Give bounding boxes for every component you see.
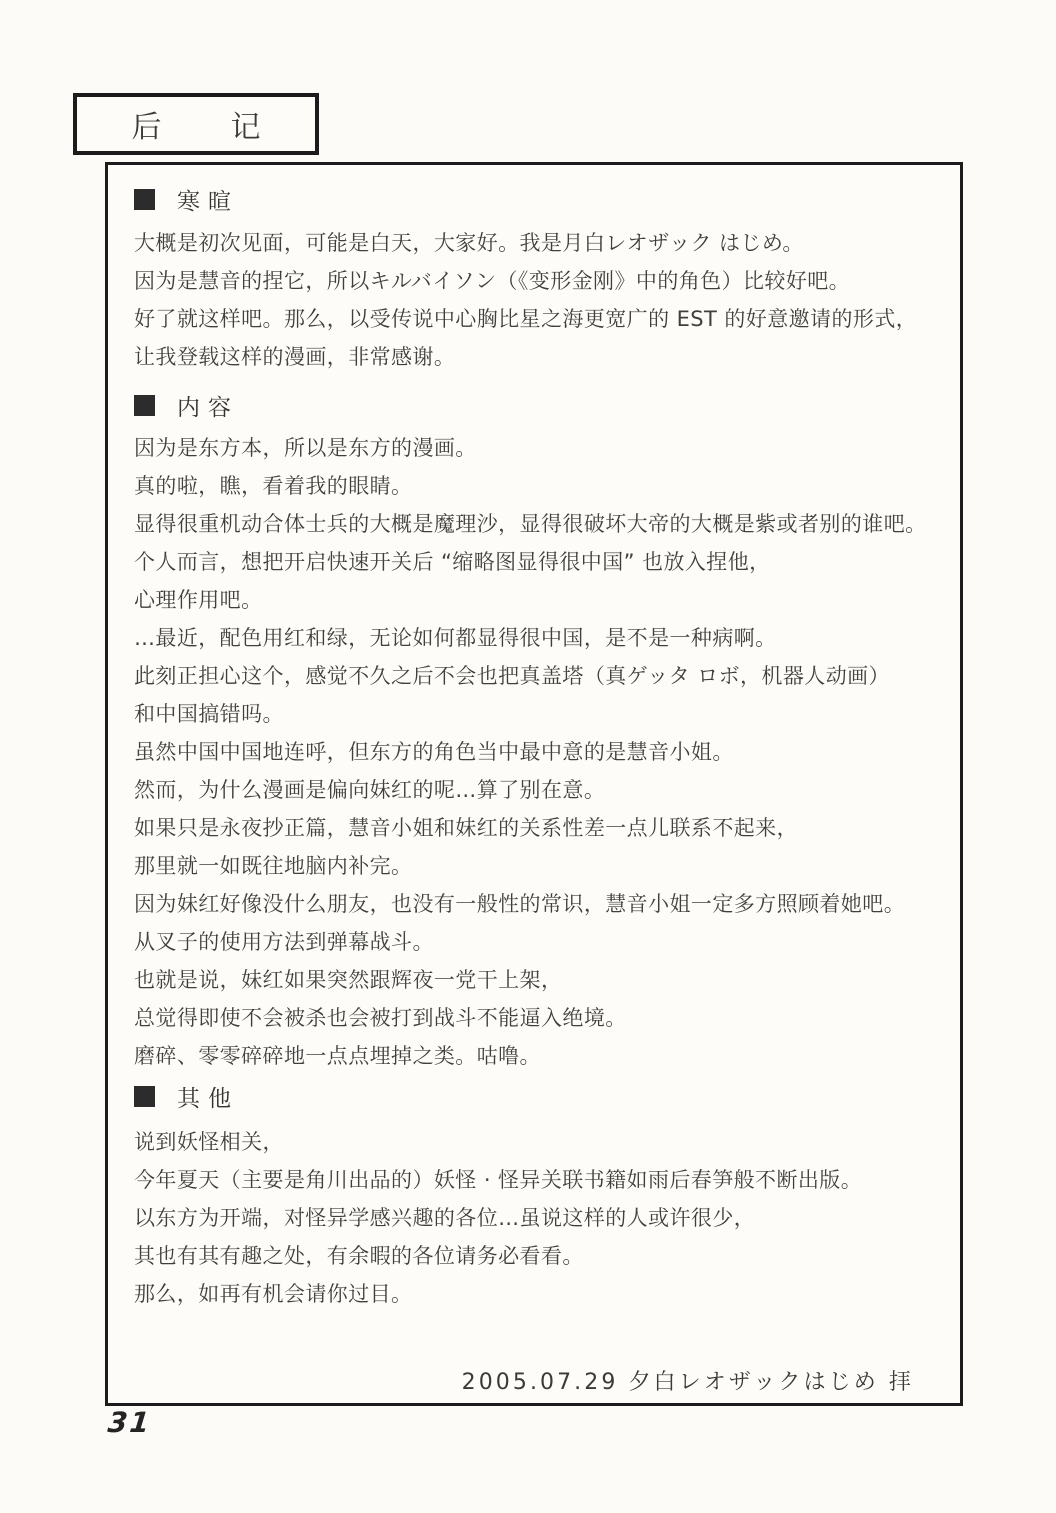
section-heading-greetings: 寒暄: [134, 186, 932, 212]
text-line: 因为是东方本，所以是东方的漫画。: [134, 429, 932, 467]
section-body-other: 说到妖怪相关，今年夏天（主要是角川出品的）妖怪 · 怪异关联书籍如雨后春笋般不断…: [134, 1123, 932, 1313]
text-line: 因为是慧音的捏它，所以キルバイソン（《变形金刚》中的角色）比较好吧。: [134, 262, 932, 300]
text-line: 今年夏天（主要是角川出品的）妖怪 · 怪异关联书籍如雨后春笋般不断出版。: [134, 1161, 932, 1199]
text-line: 因为妹红好像没什么朋友，也没有一般性的常识，慧音小姐一定多方照顾着她吧。: [134, 885, 932, 923]
text-line: 个人而言，想把开启快速开关后 “缩略图显得很中国” 也放入捏他，: [134, 543, 932, 581]
text-line: 以东方为开端，对怪异学感兴趣的各位…虽说这样的人或许很少，: [134, 1199, 932, 1237]
scanned-afterword-page: 后记 寒暄 大概是初次见面，可能是白天，大家好。我是月白レオザック はじめ。因为…: [0, 0, 1056, 1513]
section-heading-label: 内容: [177, 389, 239, 422]
section-heading-label: 寒暄: [177, 183, 239, 216]
section-body-greetings: 大概是初次见面，可能是白天，大家好。我是月白レオザック はじめ。因为是慧音的捏它…: [134, 224, 932, 376]
afterword-title-box: 后记: [73, 93, 319, 155]
section-heading-other: 其他: [134, 1083, 932, 1109]
section-content: 内容 因为是东方本，所以是东方的漫画。真的啦，瞧，看着我的眼睛。显得很重机动合体…: [134, 392, 932, 1075]
page-number: 31: [106, 1406, 153, 1439]
text-line: 大概是初次见面，可能是白天，大家好。我是月白レオザック はじめ。: [134, 224, 932, 262]
text-line: …最近，配色用红和绿，无论如何都显得很中国，是不是一种病啊。: [134, 619, 932, 657]
text-line: 如果只是永夜抄正篇，慧音小姐和妹红的关系性差一点儿联系不起来，: [134, 809, 932, 847]
square-bullet-icon: [134, 1086, 155, 1107]
text-line: 虽然中国中国地连呼，但东方的角色当中最中意的是慧音小姐。: [134, 733, 932, 771]
section-body-content: 因为是东方本，所以是东方的漫画。真的啦，瞧，看着我的眼睛。显得很重机动合体士兵的…: [134, 429, 932, 1075]
text-line: 从叉子的使用方法到弹幕战斗。: [134, 923, 932, 961]
square-bullet-icon: [134, 395, 155, 416]
section-heading-content: 内容: [134, 392, 932, 418]
text-line: 显得很重机动合体士兵的大概是魔理沙，显得很破坏大帝的大概是紫或者别的谁吧。: [134, 505, 932, 543]
text-line: 真的啦，瞧，看着我的眼睛。: [134, 467, 932, 505]
text-line: 那么，如再有机会请你过目。: [134, 1275, 932, 1313]
text-line: 其也有其有趣之处，有余暇的各位请务必看看。: [134, 1237, 932, 1275]
section-other: 其他 说到妖怪相关，今年夏天（主要是角川出品的）妖怪 · 怪异关联书籍如雨后春笋…: [134, 1083, 932, 1313]
afterword-content-box: 寒暄 大概是初次见面，可能是白天，大家好。我是月白レオザック はじめ。因为是慧音…: [105, 162, 963, 1406]
signature-row: 2005.07.29 夕白レオザックはじめ 拝: [134, 1365, 932, 1396]
text-line: 说到妖怪相关，: [134, 1123, 932, 1161]
text-line: 心理作用吧。: [134, 581, 932, 619]
page-title: 后记: [132, 102, 330, 146]
text-line: 此刻正担心这个，感觉不久之后不会也把真盖塔（真ゲッタ ロボ，机器人动画）: [134, 657, 932, 695]
section-greetings: 寒暄 大概是初次见面，可能是白天，大家好。我是月白レオザック はじめ。因为是慧音…: [134, 186, 932, 376]
text-line: 磨碎、零零碎碎地一点点埋掉之类。咕噜。: [134, 1037, 932, 1075]
text-line: 那里就一如既往地脑内补完。: [134, 847, 932, 885]
text-line: 让我登载这样的漫画，非常感谢。: [134, 338, 932, 376]
square-bullet-icon: [134, 189, 155, 210]
section-heading-label: 其他: [177, 1080, 239, 1113]
text-line: 然而，为什么漫画是偏向妹红的呢…算了别在意。: [134, 771, 932, 809]
text-line: 也就是说，妹红如果突然跟辉夜一党干上架，: [134, 961, 932, 999]
text-line: 总觉得即使不会被杀也会被打到战斗不能逼入绝境。: [134, 999, 932, 1037]
text-line: 好了就这样吧。那么，以受传说中心胸比星之海更宽广的 EST 的好意邀请的形式，: [134, 300, 932, 338]
date-signature: 2005.07.29 夕白レオザックはじめ 拝: [462, 1370, 914, 1395]
text-line: 和中国搞错吗。: [134, 695, 932, 733]
